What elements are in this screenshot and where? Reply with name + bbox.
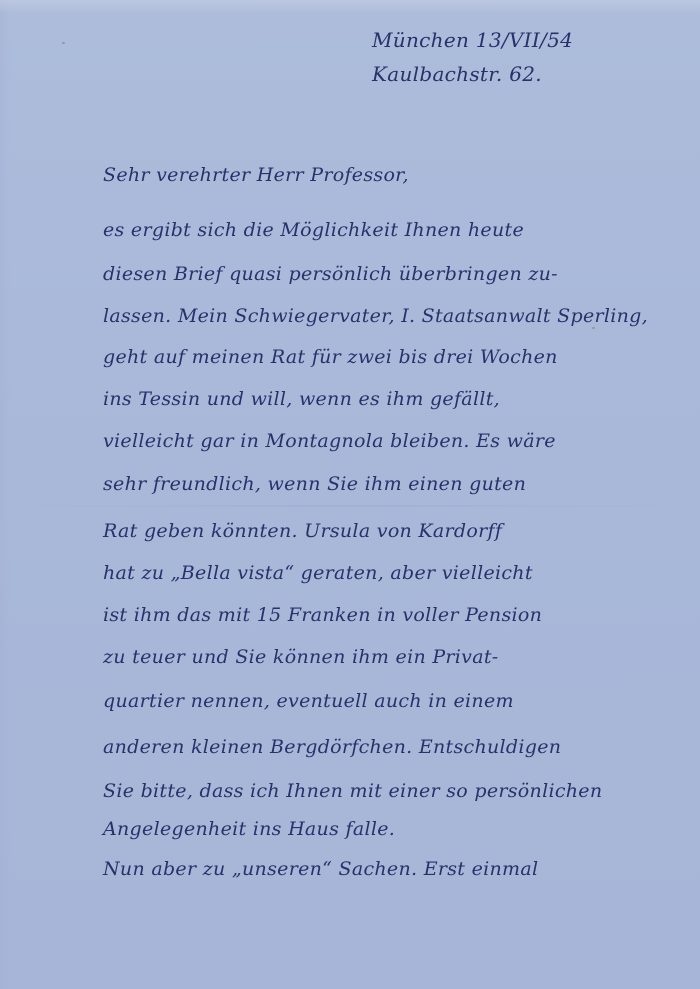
letter-line: diesen Brief quasi persönlich überbringe…: [103, 263, 558, 285]
letter-line: anderen kleinen Bergdörfchen. Entschuldi…: [103, 736, 561, 758]
letter-line: vielleicht gar in Montagnola bleiben. Es…: [103, 430, 556, 452]
paper-speck: [62, 42, 65, 44]
sender-address: Kaulbachstr. 62.: [372, 62, 542, 86]
letter-line: lassen. Mein Schwiegervater, I. Staatsan…: [103, 305, 648, 327]
salutation: Sehr verehrter Herr Professor,: [103, 164, 409, 186]
paper-fold-line: [0, 505, 700, 507]
letter-line: zu teuer und Sie können ihm ein Privat-: [103, 646, 499, 668]
letter-line: quartier nennen, eventuell auch in einem: [103, 690, 514, 712]
paper-speck: [592, 327, 595, 329]
letter-line: geht auf meinen Rat für zwei bis drei Wo…: [103, 346, 558, 368]
letter-line: ins Tessin und will, wenn es ihm gefällt…: [103, 388, 500, 410]
letter-line: hat zu „Bella vista“ geraten, aber viell…: [103, 562, 533, 584]
letter-line: Nun aber zu „unseren“ Sachen. Erst einma…: [103, 858, 538, 880]
letter-line: Angelegenheit ins Haus falle.: [103, 818, 395, 840]
place-date: München 13/VII/54: [372, 28, 573, 52]
letter-line: es ergibt sich die Möglichkeit Ihnen heu…: [103, 219, 524, 241]
letter-line: Sie bitte, dass ich Ihnen mit einer so p…: [103, 780, 602, 802]
letter-line: ist ihm das mit 15 Franken in voller Pen…: [103, 604, 542, 626]
letter-page: München 13/VII/54 Kaulbachstr. 62. Sehr …: [0, 0, 700, 989]
letter-line: Rat geben könnten. Ursula von Kardorff: [103, 520, 502, 542]
letter-line: sehr freundlich, wenn Sie ihm einen gute…: [103, 473, 526, 495]
